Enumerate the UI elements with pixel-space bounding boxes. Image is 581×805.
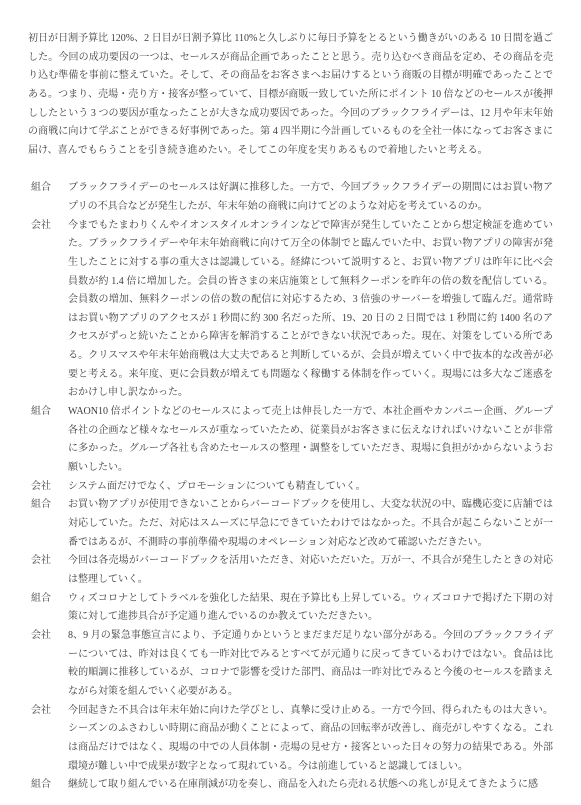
speech-text: システム面だけでなく、プロモーションについても精査していく。	[68, 478, 553, 497]
dialogue-entry: 会社 今までもたまわりくんやイオンスタイルオンラインなどで障害が発生していたこと…	[28, 217, 553, 404]
speaker-label: 組合	[31, 179, 68, 198]
speech-text: 8、9 月の緊急事態宣言により、予定通りかというとまだまだ足りない部分がある。今…	[68, 627, 553, 702]
dialogue-entry: 組合 ウィズコロナとしてトラベルを強化した結果、現在予算比も上昇している。ウィズ…	[28, 590, 553, 627]
speech-text: 継続して取り組んでいる在庫削減が功を奏し、商品を入れたら売れる状態への兆しが見え…	[68, 776, 553, 795]
dialogue-entry: 組合 継続して取り組んでいる在庫削減が功を奏し、商品を入れたら売れる状態への兆し…	[28, 776, 553, 795]
speech-text: ブラックフライデーのセールスは好調に推移した。一方で、今回ブラックフライデーの期…	[68, 179, 553, 216]
dialogue-entry: 組合 ブラックフライデーのセールスは好調に推移した。一方で、今回ブラックフライデ…	[28, 179, 553, 216]
speech-text: WAON10 倍ポイントなどのセールスによって売上は伸長した一方で、本社企画やカ…	[68, 403, 553, 478]
dialogue-entry: 会社 システム面だけでなく、プロモーションについても精査していく。	[28, 478, 553, 497]
dialogue-section: 組合 ブラックフライデーのセールスは好調に推移した。一方で、今回ブラックフライデ…	[28, 179, 553, 795]
speaker-label: 組合	[31, 403, 68, 422]
speaker-label: 会社	[31, 217, 68, 236]
intro-paragraph: 初日が日割予算比 120%、2 日目が日割予算比 110%と久しぶりに毎日予算を…	[28, 30, 553, 161]
dialogue-entry: 会社 今回起きた不具合は年末年始に向けた学びとし、真摯に受け止める。一方で今回、…	[28, 702, 553, 777]
speaker-label: 会社	[31, 627, 68, 646]
speech-text: ウィズコロナとしてトラベルを強化した結果、現在予算比も上昇している。ウィズコロナ…	[68, 590, 553, 627]
speaker-label: 組合	[31, 590, 68, 609]
speech-text: 今までもたまわりくんやイオンスタイルオンラインなどで障害が発生していたことから想…	[68, 217, 553, 404]
speech-text: 今回起きた不具合は年末年始に向けた学びとし、真摯に受け止める。一方で今回、得られ…	[68, 702, 553, 777]
speaker-label: 会社	[31, 552, 68, 571]
dialogue-entry: 組合 WAON10 倍ポイントなどのセールスによって売上は伸長した一方で、本社企…	[28, 403, 553, 478]
dialogue-entry: 会社 8、9 月の緊急事態宣言により、予定通りかというとまだまだ足りない部分があ…	[28, 627, 553, 702]
dialogue-entry: 組合 お買い物アプリが使用できないことからバーコードブックを使用し、大変な状況の…	[28, 496, 553, 552]
speaker-label: 会社	[31, 702, 68, 721]
speaker-label: 組合	[31, 776, 68, 795]
speaker-label: 会社	[31, 478, 68, 497]
speech-text: お買い物アプリが使用できないことからバーコードブックを使用し、大変な状況の中、臨…	[68, 496, 553, 552]
speech-text: 今回は各売場がバーコードブックを活用いただき、対応いただいた。万が一、不具合が発…	[68, 552, 553, 589]
speaker-label: 組合	[31, 496, 68, 515]
dialogue-entry: 会社 今回は各売場がバーコードブックを活用いただき、対応いただいた。万が一、不具…	[28, 552, 553, 589]
document-page: 初日が日割予算比 120%、2 日目が日割予算比 110%と久しぶりに毎日予算を…	[0, 0, 581, 805]
